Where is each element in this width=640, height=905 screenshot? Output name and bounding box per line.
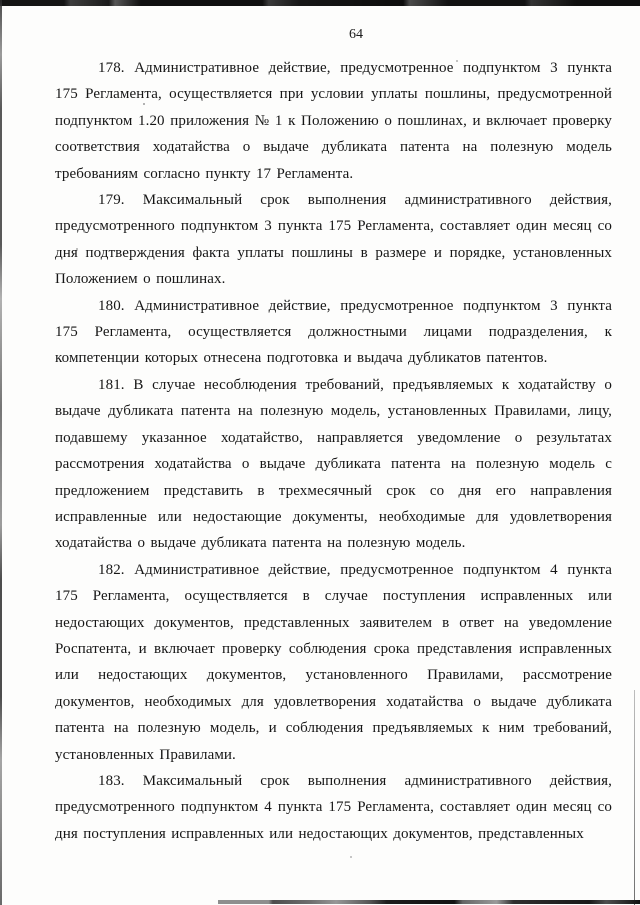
scan-speck — [529, 700, 531, 702]
scan-speck — [456, 60, 458, 62]
scan-artifact-top-edge — [0, 0, 640, 6]
paragraph-183: 183. Максимальный срок выполнения админи… — [55, 768, 612, 847]
scan-artifact-right-edge — [634, 690, 635, 905]
scan-speck — [143, 103, 145, 105]
scan-speck — [76, 248, 78, 250]
paragraph-180: 180. Административное действие, предусмо… — [55, 293, 612, 372]
paragraph-178: 178. Административное действие, предусмо… — [55, 55, 612, 187]
page-number: 64 — [349, 27, 363, 43]
scanned-document-page: 64 178. Административное действие, преду… — [0, 0, 640, 905]
scan-artifact-bottom-edge — [218, 900, 640, 904]
document-body: 178. Административное действие, предусмо… — [55, 55, 612, 847]
scan-speck — [350, 856, 352, 858]
paragraph-181: 181. В случае несоблюдения требований, п… — [55, 372, 612, 557]
paragraph-182: 182. Административное действие, предусмо… — [55, 557, 612, 768]
paragraph-179: 179. Максимальный срок выполнения админи… — [55, 187, 612, 293]
scan-artifact-left-edge — [0, 0, 2, 905]
